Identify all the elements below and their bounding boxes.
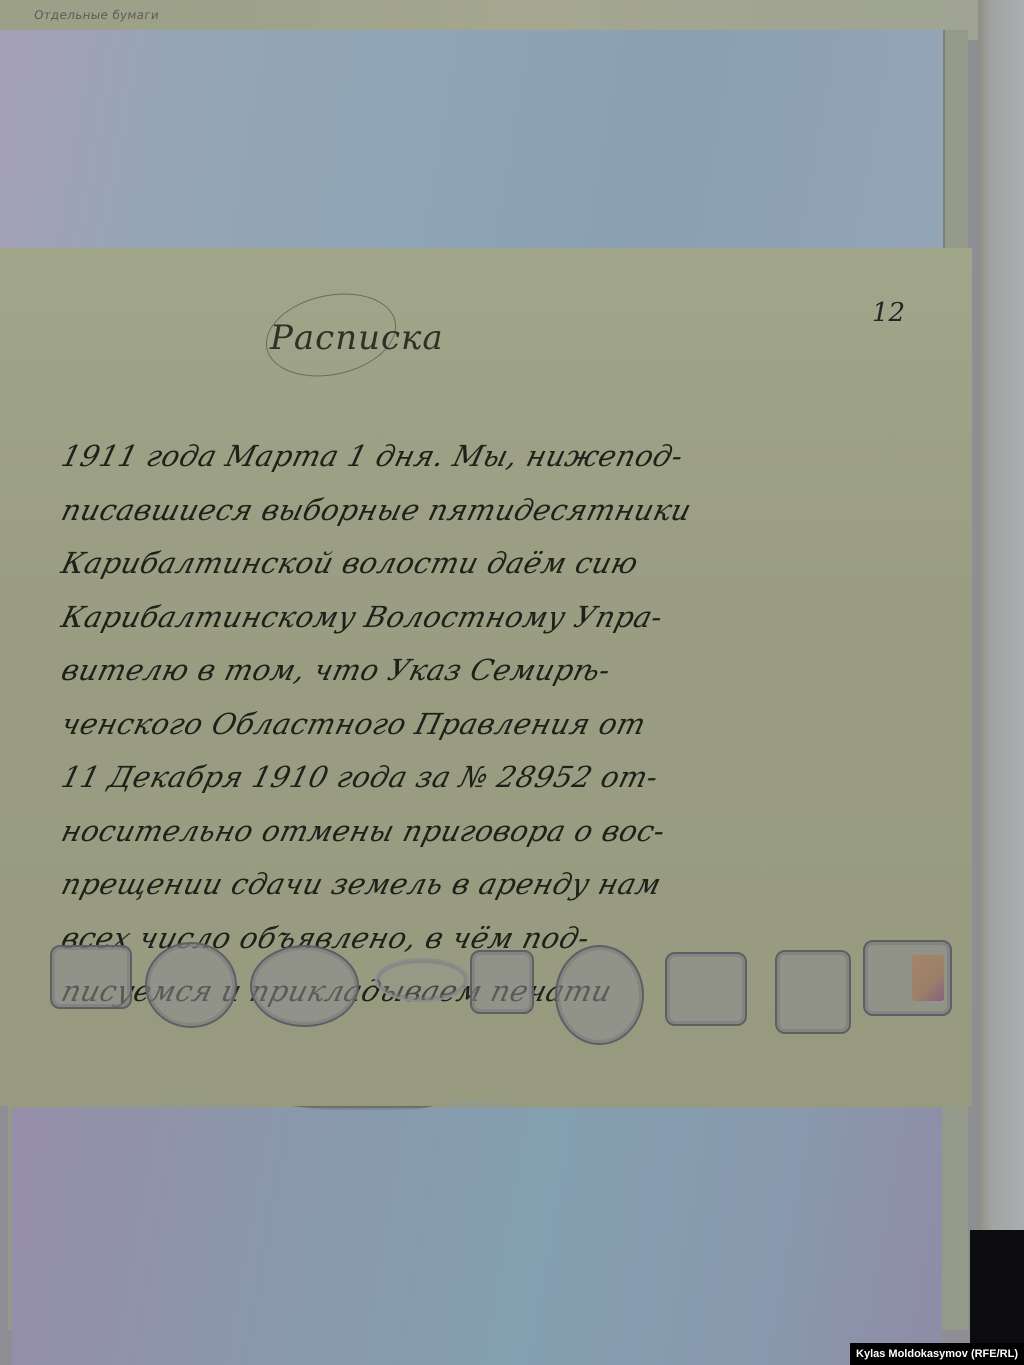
- handwritten-body: 1911 года Марта 1 дня. Мы, нижепод- писа…: [62, 430, 942, 1019]
- text-line: Карибалтинской волости даём сию: [55, 537, 948, 591]
- seal-stamp-icon: [145, 942, 237, 1028]
- right-edge-board: [978, 0, 1024, 1280]
- text-line: прещении сдачи земель в аренду нам: [55, 858, 948, 912]
- white-sheet-top: [0, 30, 945, 277]
- text-line: вителю в том, что Указ Семирѣ-: [55, 644, 948, 698]
- document-title: Расписка: [270, 318, 444, 358]
- photo-credit: Kylas Moldokasymov (RFE/RL): [850, 1343, 1024, 1365]
- seal-stamp-icon: [555, 945, 644, 1045]
- white-sheet-bottom: [12, 1108, 942, 1365]
- folder-label: Отдельные бумаги: [33, 8, 160, 22]
- text-line: Карибалтинскому Волостному Упра-: [55, 591, 948, 645]
- ink-stamp-icon: [912, 955, 944, 1001]
- text-line: писавшиеся выборные пятидесятники: [55, 484, 948, 538]
- text-line: 11 Декабря 1910 года за № 28952 от-: [55, 751, 948, 805]
- seal-stamp-icon: [250, 945, 359, 1027]
- text-line: носительно отмены приговора о вос-: [55, 805, 948, 859]
- text-line: 1911 года Марта 1 дня. Мы, нижепод-: [55, 430, 948, 484]
- seal-stamp-icon: [470, 950, 534, 1014]
- seal-row: [45, 940, 965, 1030]
- text-line: ченского Областного Правления от: [55, 698, 948, 752]
- seal-stamp-icon: [775, 950, 851, 1034]
- seal-stamp-icon: [375, 958, 469, 1002]
- seal-stamp-icon: [665, 952, 747, 1026]
- seal-stamp-icon: [863, 940, 952, 1016]
- page-number: 12: [872, 298, 905, 328]
- seal-stamp-icon: [50, 945, 132, 1009]
